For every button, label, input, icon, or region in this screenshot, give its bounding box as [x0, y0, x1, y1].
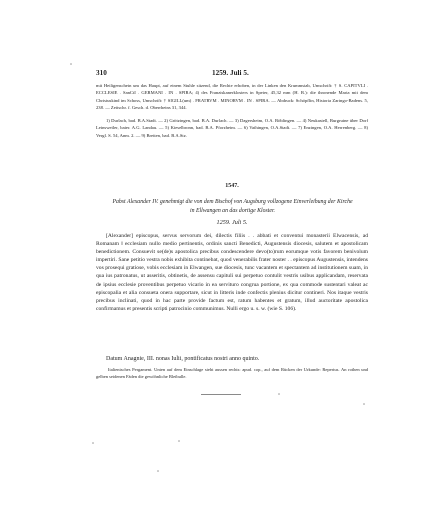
- document-date: 1259. Juli 5.: [96, 219, 368, 226]
- scan-speck: [157, 470, 159, 472]
- document-page: 310 1259. Juli 5. mit Heiligenschein um …: [0, 0, 437, 512]
- document-number: 1547.: [96, 183, 368, 189]
- scan-speck: [70, 63, 72, 65]
- running-title: 1259. Juli 5.: [212, 69, 249, 77]
- scan-speck: [363, 403, 365, 405]
- scan-speck: [92, 442, 94, 444]
- footnotes: 1) Durlach, bad. B.A.Stadt. — 2) Grötzin…: [96, 117, 368, 139]
- scan-speck: [278, 393, 280, 395]
- footnote-list: 1) Durlach, bad. B.A.Stadt. — 2) Grötzin…: [96, 117, 368, 139]
- document-body: [Alexander] episcopus, servus servorum d…: [96, 232, 368, 313]
- page-number: 310: [96, 69, 107, 77]
- archival-note: Italienisches Pergament. Unten auf dem E…: [96, 366, 368, 381]
- note-paragraph: Italienisches Pergament. Unten auf dem E…: [96, 366, 368, 381]
- scan-speck: [178, 440, 180, 442]
- document-regest: Pabst Alexander IV. genehmigt die von de…: [110, 198, 355, 216]
- previous-document-continuation: mit Heiligenschein um das Haupt, auf ein…: [96, 82, 368, 112]
- section-divider: [201, 394, 241, 395]
- datum-line: Datum Anagnie, III. nonas Iulii, pontifi…: [96, 355, 368, 363]
- body-paragraph: [Alexander] episcopus, servus servorum d…: [96, 232, 368, 313]
